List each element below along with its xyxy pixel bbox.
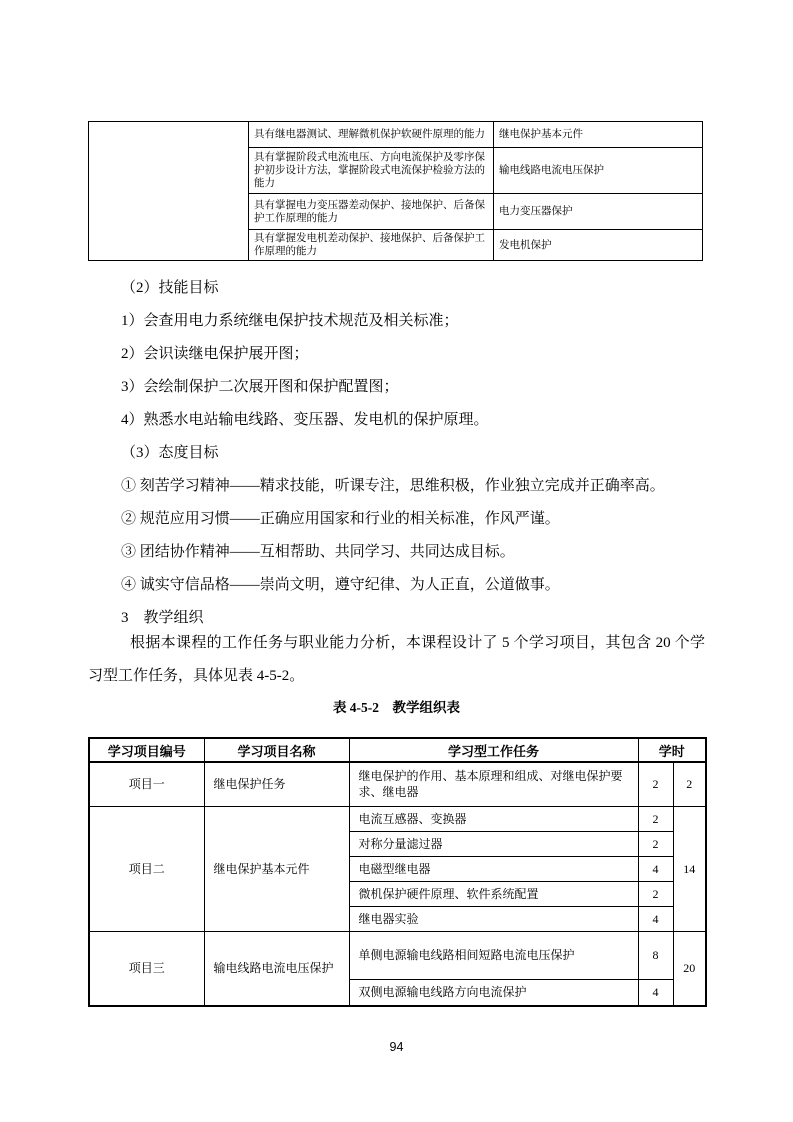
total-hours-cell: 20 bbox=[673, 931, 706, 1006]
page-number: 94 bbox=[0, 1040, 793, 1054]
task-cell: 电流互感器、变换器 bbox=[349, 806, 638, 831]
header-project-id: 学习项目编号 bbox=[89, 738, 204, 762]
total-hours-cell: 14 bbox=[673, 806, 706, 931]
attitude-goal-item: ② 规范应用习惯——正确应用国家和行业的相关标准，作风严谨。 bbox=[88, 503, 705, 536]
intro-paragraph: 根据本课程的工作任务与职业能力分析，本课程设计了 5 个学习项目，其包含 20 … bbox=[88, 627, 705, 693]
header-tasks: 学习型工作任务 bbox=[349, 738, 638, 762]
project-cell: 发电机保护 bbox=[494, 230, 703, 261]
skill-goal-heading: （2）技能目标 bbox=[88, 272, 705, 305]
ability-project-table: 具有继电器测试、理解微机保护软硬件原理的能力 继电保护基本元件 具有掌握阶段式电… bbox=[88, 121, 703, 261]
task-cell: 微机保护硬件原理、软件系统配置 bbox=[349, 881, 638, 906]
attitude-goal-heading: （3）态度目标 bbox=[88, 437, 705, 470]
hours-cell: 4 bbox=[638, 979, 673, 1006]
task-cell: 单侧电源输电线路相间短路电流电压保护 bbox=[349, 931, 638, 979]
project-name-cell: 继电保护任务 bbox=[204, 762, 349, 806]
empty-spanning-cell bbox=[89, 122, 249, 261]
hours-cell: 2 bbox=[638, 881, 673, 906]
attitude-goal-item: ① 刻苦学习精神——精求技能，听课专注，思维积极，作业独立完成并正确率高。 bbox=[88, 470, 705, 503]
hours-cell: 4 bbox=[638, 856, 673, 881]
hours-cell: 8 bbox=[638, 931, 673, 979]
project-name-cell: 继电保护基本元件 bbox=[204, 806, 349, 931]
ability-cell: 具有掌握阶段式电流电压、方向电流保护及零序保护初步设计方法，掌握阶段式电流保护检… bbox=[249, 148, 494, 194]
skill-goal-item: 2）会识读继电保护展开图； bbox=[88, 338, 705, 371]
project-name-cell: 输电线路电流电压保护 bbox=[204, 931, 349, 1006]
total-hours-cell: 2 bbox=[673, 762, 706, 806]
skill-goal-item: 1）会查用电力系统继电保护技术规范及相关标准； bbox=[88, 305, 705, 338]
ability-cell: 具有掌握发电机差动保护、接地保护、后备保护工作原理的能力 bbox=[249, 230, 494, 261]
table-row: 具有继电器测试、理解微机保护软硬件原理的能力 继电保护基本元件 bbox=[89, 122, 703, 148]
hours-cell: 2 bbox=[638, 831, 673, 856]
hours-cell: 2 bbox=[638, 806, 673, 831]
task-cell: 电磁型继电器 bbox=[349, 856, 638, 881]
header-project-name: 学习项目名称 bbox=[204, 738, 349, 762]
task-cell: 继电保护的作用、基本原理和组成、对继电保护要求、继电器 bbox=[349, 762, 638, 806]
skill-goal-item: 4）熟悉水电站输电线路、变压器、发电机的保护原理。 bbox=[88, 404, 705, 437]
skill-goal-item: 3）会绘制保护二次展开图和保护配置图； bbox=[88, 371, 705, 404]
hours-cell: 4 bbox=[638, 906, 673, 931]
hours-cell: 2 bbox=[638, 762, 673, 806]
project-id-cell: 项目一 bbox=[89, 762, 204, 806]
body-text: （2）技能目标 1）会查用电力系统继电保护技术规范及相关标准； 2）会识读继电保… bbox=[88, 272, 705, 1007]
attitude-goal-item: ④ 诚实守信品格——崇尚文明，遵守纪律、为人正直，公道做事。 bbox=[88, 569, 705, 602]
project-cell: 电力变压器保护 bbox=[494, 194, 703, 230]
task-cell: 双侧电源输电线路方向电流保护 bbox=[349, 979, 638, 1006]
header-row: 学习项目编号 学习项目名称 学习型工作任务 学时 bbox=[89, 738, 706, 762]
project-id-cell: 项目二 bbox=[89, 806, 204, 931]
project-id-cell: 项目三 bbox=[89, 931, 204, 1006]
project-cell: 输电线路电流电压保护 bbox=[494, 148, 703, 194]
header-hours: 学时 bbox=[638, 738, 706, 762]
attitude-goal-item: ③ 团结协作精神——互相帮助、共同学习、共同达成目标。 bbox=[88, 536, 705, 569]
task-cell: 继电器实验 bbox=[349, 906, 638, 931]
task-cell: 对称分量滤过器 bbox=[349, 831, 638, 856]
project-cell: 继电保护基本元件 bbox=[494, 122, 703, 148]
ability-cell: 具有掌握电力变压器差动保护、接地保护、后备保护工作原理的能力 bbox=[249, 194, 494, 230]
document-page: 具有继电器测试、理解微机保护软硬件原理的能力 继电保护基本元件 具有掌握阶段式电… bbox=[0, 0, 793, 1122]
table-row: 项目二 继电保护基本元件 电流互感器、变换器 2 14 bbox=[89, 806, 706, 831]
ability-cell: 具有继电器测试、理解微机保护软硬件原理的能力 bbox=[249, 122, 494, 148]
table-row: 项目三 输电线路电流电压保护 单侧电源输电线路相间短路电流电压保护 8 20 bbox=[89, 931, 706, 979]
teaching-organization-table: 学习项目编号 学习项目名称 学习型工作任务 学时 项目一 继电保护任务 继电保护… bbox=[88, 737, 707, 1007]
table-row: 项目一 继电保护任务 继电保护的作用、基本原理和组成、对继电保护要求、继电器 2… bbox=[89, 762, 706, 806]
table-caption: 表 4-5-2 教学组织表 bbox=[88, 695, 705, 721]
